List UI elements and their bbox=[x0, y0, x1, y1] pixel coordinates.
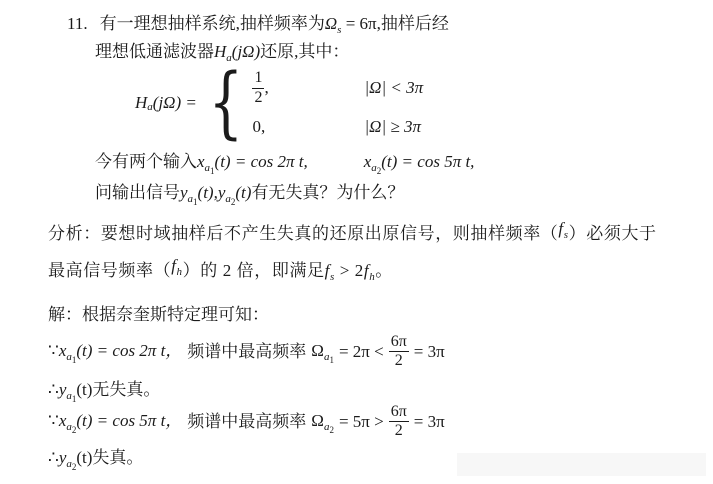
step2-text: 频谱中最高频率 bbox=[187, 410, 306, 434]
x1-subscript: a1 bbox=[205, 162, 215, 174]
equation-lhs: Ha(jΩ) = bbox=[135, 93, 197, 113]
step1-omega: Ωa1 bbox=[311, 339, 334, 365]
step1-x-subscript: a1 bbox=[66, 345, 76, 369]
eq-H-subscript: a bbox=[147, 101, 153, 113]
step1-omega-symbol: Ω bbox=[311, 339, 324, 363]
x2-sub-a: a bbox=[371, 162, 377, 174]
problem-line1-text: 有一理想抽样系统,抽样频率为 bbox=[100, 14, 325, 33]
ineq-fs-sub: s bbox=[330, 271, 335, 283]
step2-frac-denominator: 2 bbox=[389, 421, 409, 440]
therefore-symbol-2: ∴ bbox=[48, 448, 59, 467]
solution-conclusion-2: ∴ya2(t)失真。 bbox=[48, 446, 143, 472]
fs-subscript: s bbox=[564, 229, 569, 241]
step1-fraction: 6π2 bbox=[389, 333, 409, 371]
step2-x-sub-index: 2 bbox=[72, 425, 77, 435]
y1-arg: (t), bbox=[198, 183, 218, 202]
omega-subscript: s bbox=[337, 24, 341, 36]
output-signal-1: ya1(t), bbox=[180, 183, 218, 202]
eq-H-argument: (jΩ) = bbox=[153, 93, 197, 113]
step2-x-symbol: x bbox=[59, 409, 67, 433]
step1-frac-numerator: 6π bbox=[389, 333, 409, 351]
fraction-numerator: 1 bbox=[252, 69, 264, 87]
analysis-text-3: 最高信号频率（ bbox=[48, 261, 171, 280]
solution-intro-text: 根据奈奎斯特定理可知： bbox=[82, 305, 269, 324]
fh-subscript: h bbox=[177, 266, 183, 278]
ineq-operator: > 2 bbox=[335, 261, 364, 280]
step1-frac-denominator: 2 bbox=[389, 351, 409, 370]
fs-symbol: fs bbox=[558, 219, 568, 238]
fraction-denominator: 2 bbox=[252, 88, 264, 107]
step2-comparison-post: = 3π bbox=[414, 410, 445, 434]
problem-line2-text: 理想低通滤波器 bbox=[95, 42, 214, 61]
sampling-frequency-expression: Ωs = 6π bbox=[325, 14, 377, 33]
solution-step-1: ∵xa1(t) = cos 2π t， 频谱中最高频率 Ωa1 = 2π < 6… bbox=[48, 333, 445, 371]
step2-fraction: 6π2 bbox=[389, 403, 409, 441]
therefore-symbol: ∴ bbox=[48, 380, 59, 399]
conc2-y-sub-index: 2 bbox=[72, 462, 77, 472]
case1-condition: |Ω| < 3π bbox=[364, 78, 423, 98]
step1-comparison-pre: = 2π < bbox=[339, 340, 384, 364]
y1-subscript: a1 bbox=[188, 193, 198, 205]
fh-base: f bbox=[171, 256, 176, 275]
filter-equation: Ha(jΩ) = { 12, |Ω| < 3π 0, |Ω| ≥ 3π bbox=[135, 64, 423, 142]
step2-comparison-pre: = 5π > bbox=[339, 410, 384, 434]
conc2-text: (t)失真。 bbox=[76, 448, 143, 467]
case1-comma: , bbox=[264, 78, 268, 98]
output-signal-2: ya2(t) bbox=[218, 183, 252, 202]
step2-frac-numerator: 6π bbox=[389, 403, 409, 421]
problem-line2-tail: 还原,其中： bbox=[260, 42, 349, 61]
input-signal-2: xa2(t) = cos 5π t, bbox=[364, 152, 475, 171]
analysis-text-2: ）必须大于 bbox=[569, 224, 657, 243]
fh-symbol: fh bbox=[171, 256, 182, 275]
conc1-text: (t)无失真。 bbox=[76, 380, 160, 399]
step1-x-symbol: x bbox=[59, 339, 67, 363]
fs-base: f bbox=[558, 219, 563, 238]
case2-condition: |Ω| ≥ 3π bbox=[364, 117, 423, 137]
y1-sub-index: 1 bbox=[193, 197, 198, 207]
problem-line-1: 11.有一理想抽样系统,抽样频率为Ωs = 6π,抽样后经 bbox=[67, 12, 449, 38]
question-line: 问输出信号ya1(t),ya2(t)有无失真？为什么？ bbox=[95, 181, 404, 207]
case2-value: 0, bbox=[252, 117, 364, 137]
x2-subscript: a2 bbox=[371, 162, 381, 174]
fraction-one-half: 12 bbox=[252, 69, 264, 107]
step1-x-sub-index: 1 bbox=[72, 355, 77, 365]
conc2-y-subscript: a2 bbox=[66, 458, 76, 470]
step1-comparison-post: = 3π bbox=[414, 340, 445, 364]
case1-value: 12, bbox=[252, 69, 364, 107]
step2-x-subscript: a2 bbox=[66, 415, 76, 439]
omega-value: = 6π bbox=[341, 14, 376, 33]
step2-omega-sub-index: 2 bbox=[329, 425, 334, 435]
step2-signal: ∵xa2(t) = cos 5π t， bbox=[48, 409, 182, 435]
step2-omega: Ωa2 bbox=[311, 409, 334, 435]
document-page: 11.有一理想抽样系统,抽样频率为Ωs = 6π,抽样后经 理想低通滤波器Ha(… bbox=[0, 0, 713, 484]
x1-sub-index: 1 bbox=[210, 166, 215, 176]
x1-expression: (t) = cos 2π t, bbox=[215, 152, 308, 171]
step1-text: 频谱中最高频率 bbox=[187, 340, 306, 364]
because-symbol: ∵ bbox=[48, 339, 59, 363]
step2-x-expression: (t) = cos 5π t， bbox=[76, 409, 182, 433]
y2-sub-index: 2 bbox=[231, 197, 236, 207]
analysis-text-4: ）的 2 倍，即满足 bbox=[183, 261, 325, 280]
solution-intro-line: 解：根据奈奎斯特定理可知： bbox=[48, 303, 269, 327]
solution-step-2: ∵xa2(t) = cos 5π t， 频谱中最高频率 Ωa2 = 5π > 6… bbox=[48, 403, 445, 441]
x2-expression: (t) = cos 5π t, bbox=[381, 152, 474, 171]
analysis-label: 分析： bbox=[48, 224, 101, 243]
analysis-line-1: 分析：要想时域抽样后不产生失真的还原出原信号，则抽样频率（fs）必须大于 bbox=[48, 222, 657, 248]
inputs-text: 今有两个输入 bbox=[95, 152, 197, 171]
ineq-fh-sub: h bbox=[369, 271, 375, 283]
step1-signal: ∵xa1(t) = cos 2π t， bbox=[48, 339, 182, 365]
problem-line1-tail: ,抽样后经 bbox=[377, 14, 449, 33]
cases-grid: 12, |Ω| < 3π 0, |Ω| ≥ 3π bbox=[252, 69, 423, 137]
step1-omega-subscript: a1 bbox=[324, 345, 334, 369]
because-symbol-2: ∵ bbox=[48, 409, 59, 433]
step1-omega-sub-index: 1 bbox=[329, 355, 334, 365]
y2-subscript: a2 bbox=[225, 193, 235, 205]
analysis-line-2: 最高信号频率（fh）的 2 倍，即满足fs > 2fh。 bbox=[48, 259, 393, 285]
inputs-line: 今有两个输入xa1(t) = cos 2π t,xa2(t) = cos 5π … bbox=[95, 150, 474, 176]
solution-conclusion-1: ∴ya1(t)无失真。 bbox=[48, 378, 160, 404]
nyquist-inequality: fs > 2fh bbox=[325, 261, 376, 280]
x1-symbol: x bbox=[197, 152, 205, 171]
analysis-period: 。 bbox=[375, 261, 393, 280]
eq-H-symbol: H bbox=[135, 93, 147, 113]
question-tail: 有无失真？为什么？ bbox=[251, 183, 404, 202]
question-text: 问输出信号 bbox=[95, 183, 180, 202]
x2-sub-index: 2 bbox=[377, 166, 382, 176]
omega-symbol: Ω bbox=[325, 14, 337, 33]
y1-symbol: y bbox=[180, 183, 188, 202]
step2-omega-subscript: a2 bbox=[324, 415, 334, 439]
step1-x-expression: (t) = cos 2π t， bbox=[76, 339, 182, 363]
solution-label: 解： bbox=[48, 305, 82, 324]
problem-number: 11. bbox=[67, 14, 88, 33]
conc1-y-subscript: a1 bbox=[66, 390, 76, 402]
cases-brace: { bbox=[208, 64, 243, 142]
input-signal-1: xa1(t) = cos 2π t, bbox=[197, 152, 308, 171]
scan-artifact-box bbox=[457, 453, 706, 476]
y2-arg: (t) bbox=[235, 183, 251, 202]
analysis-text-1: 要想时域抽样后不产生失真的还原出原信号，则抽样频率（ bbox=[101, 224, 559, 243]
step2-omega-symbol: Ω bbox=[311, 409, 324, 433]
